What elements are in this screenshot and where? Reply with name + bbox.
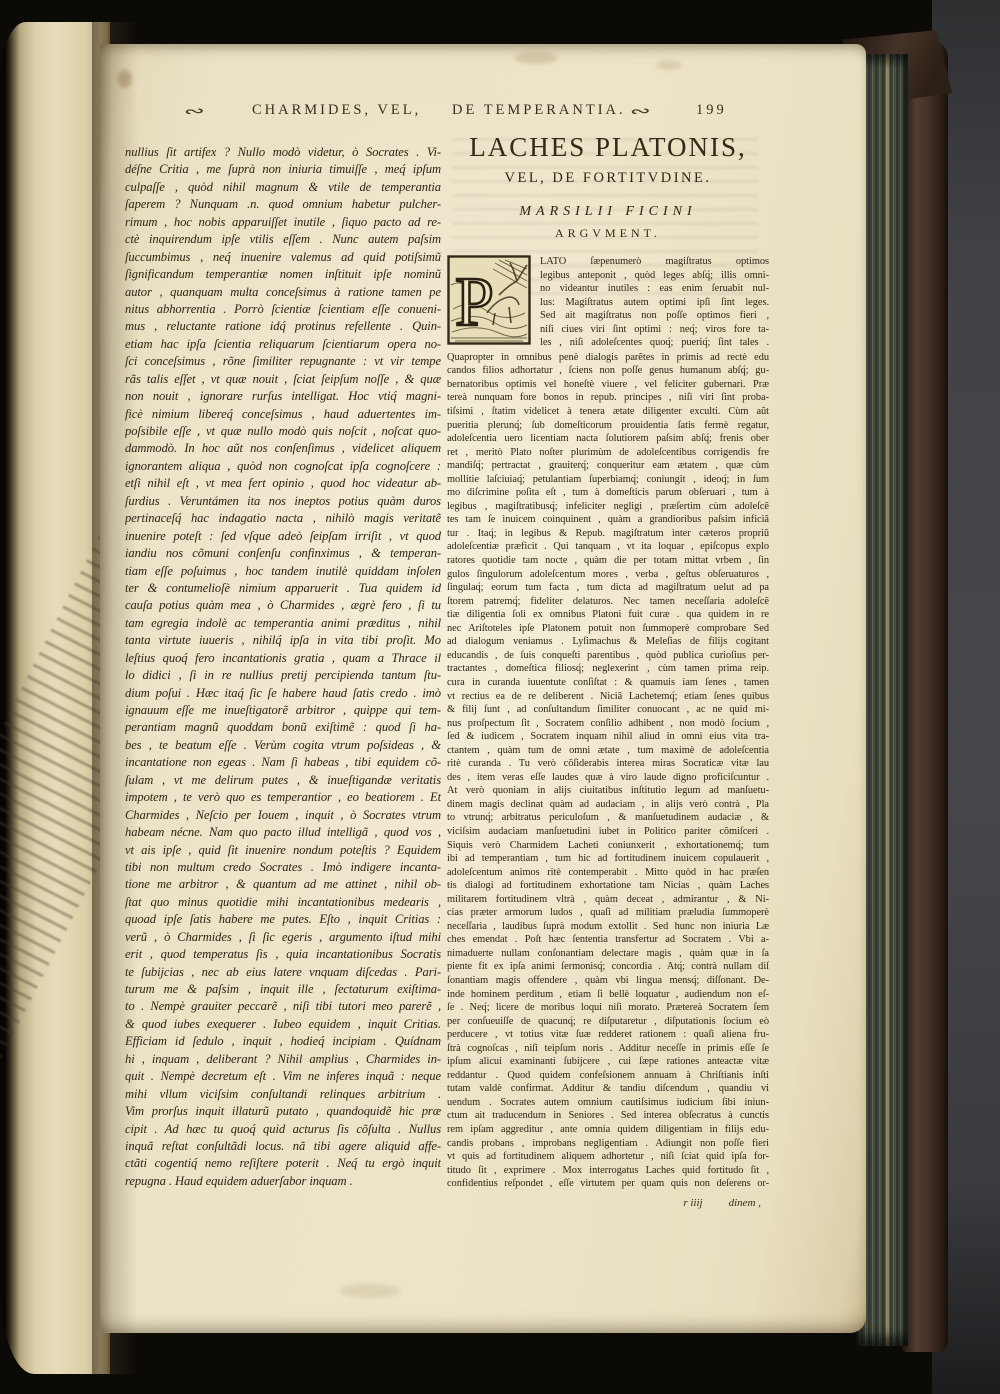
- text-line: ipſum alicui examinanti ſubijcere , cui …: [447, 1055, 769, 1069]
- header-ornament-right: ∾: [628, 101, 653, 121]
- text-line: adoleſcentum animos ritè contemperabit .…: [447, 866, 769, 880]
- text-line: tam egregia indolè ac temperantia animi …: [125, 615, 441, 632]
- text-line: tutam valdè confirmat. Additur & tandiu …: [447, 1082, 769, 1096]
- book-page: ∾ CHARMIDES, VEL, DE TEMPERANTIA. ∾ 199 …: [100, 44, 866, 1333]
- page-number: 199: [696, 102, 727, 119]
- author-heading: MARSILII FICINI: [447, 204, 769, 220]
- text-line: ignauum eſſe me inueſtigatorẽ arbitror ,…: [125, 702, 441, 719]
- text-line: candos filios adhortatur , ſciens non po…: [447, 364, 769, 378]
- text-line: ſtorem patremq́; fideliter delaturos. Ne…: [447, 595, 769, 609]
- running-title-left: CHARMIDES, VEL,: [252, 102, 421, 119]
- text-line: ſingulaq́; eorum tum facta , tum dicta a…: [447, 581, 769, 595]
- text-line: neceſſaria , laudibus ſuprà modum extoll…: [447, 920, 769, 934]
- text-line: titudo ſit , exprimere . Mox interrogatu…: [447, 1164, 769, 1178]
- text-line: mihi vllum viciſsim conſultandi relinque…: [125, 1086, 441, 1103]
- text-line: rem ipſam aggreditur , ante omnia quidem…: [447, 1123, 769, 1137]
- text-line: etſi nihil eſt , vt mea fert opinio , qu…: [125, 475, 441, 492]
- text-line: reddantur . Quod quidem confeſsionem ann…: [447, 1069, 769, 1083]
- text-line: cias præter armorum ludos , quaſi ad mil…: [447, 906, 769, 920]
- text-line: no videantur inutiles : eas enim ſeruabi…: [540, 282, 769, 296]
- text-line: leſtius quoq́ fero incantationis gratia …: [125, 650, 441, 667]
- text-line: & quod iubes exequerer . Iubeo equidem ,…: [125, 1016, 441, 1033]
- text-line: ficè nimium libereq́ conceſsimus , haud …: [125, 406, 441, 423]
- text-line: ſtat quo minus quotidie mihi incantation…: [125, 894, 441, 911]
- text-line: ctantem , quàm tum de omni ætate , tum m…: [447, 744, 769, 758]
- text-line: inuenire poteſt : ſed vſque adeò ſeipſam…: [125, 528, 441, 545]
- text-line: etiam hac ipſa ſcientia reliquarum ſcien…: [125, 336, 441, 353]
- text-line: nullius ſit artifex ? Nullo modò videtur…: [125, 144, 441, 161]
- text-line: Siquis verò Charmidem Lacheti coniunxeri…: [447, 839, 769, 853]
- text-line: Charmides , Neſcio per Iouem , inquit , …: [125, 807, 441, 824]
- text-line: cura in curanda iuuentute conſiſtat : & …: [447, 676, 769, 690]
- text-line: to vtrunq́; arbitratus periculoſum , & m…: [447, 811, 769, 825]
- text-line: Efficiam id ſedulo , inquit , hodieq́ in…: [125, 1033, 441, 1050]
- text-line: ctè inquirendum ipſe vtilis eſſem . Nunc…: [125, 231, 441, 248]
- text-line: quoad ipſe ſatis habere me putes. Eſto ,…: [125, 911, 441, 928]
- text-line: to . Nempè grauiter peccarẽ , niſi tibi …: [125, 998, 441, 1015]
- text-line: gulos ſingulorum adoleſcentum mores , ve…: [447, 568, 769, 582]
- text-line: verũ , ò Charmides , ſi ſic egeris , arg…: [125, 929, 441, 946]
- text-line: tiam eſſe poſuimus , hoc tandem inutilè …: [125, 563, 441, 580]
- text-line: dammodò. In hoc aũt nos conſenſimus , vi…: [125, 440, 441, 457]
- text-line: ſtrà cognoſcas , niſi teipſum noris . Ad…: [447, 1042, 769, 1056]
- text-line: niſi ciues viri ſint optimi : neq́; viro…: [540, 323, 769, 337]
- header-ornament-left: ∾: [182, 101, 207, 121]
- paper-stain: [340, 1284, 400, 1298]
- text-line: ches emendat . Poſt hæc ſententia transf…: [447, 933, 769, 947]
- text-line: perantiam magnũ quoddam bonũ exiſtimẽ : …: [125, 719, 441, 736]
- text-line: lo didici , ſi in re nullius pretij perc…: [125, 667, 441, 684]
- laches-title: LACHES PLATONIS,: [447, 132, 769, 163]
- text-line: adoleſcentia uero licentiam nacta ſoluti…: [447, 432, 769, 446]
- laches-column: LACHES PLATONIS, VEL, DE FORTITVDINE. MA…: [447, 132, 769, 1209]
- paper-stain: [656, 60, 682, 70]
- text-line: tur . Itaq́; in legibus & Repub. magiſtr…: [447, 527, 769, 541]
- text-line: non nouit , ignorare rurſus intelligat. …: [125, 388, 441, 405]
- text-line: tereà nunquam fore bonos in repub. princ…: [447, 391, 769, 405]
- text-line: militarem fortitudinem vltrà , quàm dece…: [447, 893, 769, 907]
- text-line: mandiſq́; pertractat , grauiterq́; conqu…: [447, 459, 769, 473]
- text-line: culpaſſe , quòd nihil magnum & vtile de …: [125, 179, 441, 196]
- catchword-row: r iiij dinem ,: [447, 1197, 769, 1209]
- text-line: mollitie laſciuiaq́; petulantiam ſuperbi…: [447, 473, 769, 487]
- text-line: poſsibile eſſe , vt quæ nullo modò quis …: [125, 423, 441, 440]
- text-line: bernatoribus optimis vel honeſtè viuere …: [447, 378, 769, 392]
- gutter-shadow: [92, 22, 138, 1374]
- text-line: rimum , hoc nobis apparuiſſet inutile , …: [125, 214, 441, 231]
- text-line: ſuccumbimus , neq́ inuenire valemus ad q…: [125, 249, 441, 266]
- text-line: piente fit ex ipſa animi ſermonisq́; con…: [447, 960, 769, 974]
- text-line: educandis , de ſuis conqueſti parentibus…: [447, 649, 769, 663]
- argument-body-lines: Quapropter in omnibus penè dialogis parẽ…: [447, 351, 769, 1191]
- text-line: iandiu nos cõmuni conſenſu confinximus ,…: [125, 545, 441, 562]
- text-line: tione me arbitror , & quantum ad me atti…: [125, 876, 441, 893]
- text-line: dium poſui . Hæc itaq́ ſic ſe habere hau…: [125, 685, 441, 702]
- text-line: inquã reſtat conſultãdi locus. nã tibi a…: [125, 1138, 441, 1155]
- text-line: ſed & iudicem , Socratem inquam nihil al…: [447, 730, 769, 744]
- text-line: rãs talis eſſet , vt quæ nouit , ſciat ſ…: [125, 371, 441, 388]
- catchword: dinem ,: [729, 1197, 761, 1209]
- text-line: des , item veras eſſe laudes quæ à viro …: [447, 771, 769, 785]
- text-line: te ſubijcias , nec ab eius latere vnquam…: [125, 964, 441, 981]
- text-line: ter & contumelioſè nimium apparuerit . T…: [125, 580, 441, 597]
- signature-mark: r iiij: [683, 1197, 702, 1209]
- text-line: Quapropter in omnibus penè dialogis parẽ…: [447, 351, 769, 365]
- text-line: repugna . Haud equidem aduerſabor inquam…: [125, 1173, 441, 1190]
- book-cover-edge: [902, 40, 948, 1352]
- text-line: ſe . Neq́; licere de moribus loqui niſi …: [447, 1001, 769, 1015]
- text-line: mo diſcrimine poſita eſt , tum à domeſti…: [447, 486, 769, 500]
- text-line: dinem magis declinat quàm ad audaciam , …: [447, 798, 769, 812]
- text-line: confidentius reſpondet , eſſe virtutem p…: [447, 1177, 769, 1191]
- text-line: legibus , magiſtratibusq́; infeliciter n…: [447, 500, 769, 514]
- text-line: quit . Nempè decretum eſt . Vim ne infer…: [125, 1068, 441, 1085]
- argument-intro-lines: LATO ſæpenumerò magiſtratus optimoslegib…: [540, 255, 769, 350]
- text-line: autor , quanquam multa conceſsimus à rat…: [125, 284, 441, 301]
- text-line: nus proſpectum ſit , Socratem conſilio a…: [447, 717, 769, 731]
- text-line: ret , meritò Plato noſter plurimùm de ad…: [447, 446, 769, 460]
- text-line: per conſueuiſſe de quacunq́; re diſputar…: [447, 1015, 769, 1029]
- text-line: cipit . Ad hæc tu quoq́ quid acturus ſis…: [125, 1121, 441, 1138]
- drop-cap-paragraph: P LATO ſæpenumerò magiſtratus optimosleg…: [447, 255, 769, 350]
- text-line: tiæ diligentia ſoli ex omnibus Platoni f…: [447, 608, 769, 622]
- text-line: lus: Magiſtratus autem optimi ipſi ſint …: [540, 296, 769, 310]
- text-line: turum me & paſsim , inquit ille , ſectat…: [125, 981, 441, 998]
- text-line: vt quis ad fortitudinem aliquem adhortet…: [447, 1150, 769, 1164]
- text-line: ad dialogum veniamus . Lyſimachus & Mele…: [447, 635, 769, 649]
- paper-stain: [514, 52, 558, 64]
- text-line: pertinaceſq́ hac indagatio nacta , nihil…: [125, 510, 441, 527]
- text-line: ſonantiam magis offendere , quàm vbi lin…: [447, 974, 769, 988]
- text-line: tanta virtute iuueris , nihilq́ ipſa in …: [125, 632, 441, 649]
- text-line: perducere , vt totius vitæ ſuæ redderet …: [447, 1028, 769, 1042]
- text-line: inde hominem perditum , etiam ſi bellè l…: [447, 988, 769, 1002]
- text-line: tibi non multum credo Socrates . Imò ind…: [125, 859, 441, 876]
- text-line: ſulam , vt me delirum putes , & inueſtig…: [125, 772, 441, 789]
- text-line: erit , quod temperatus ſis , quia incant…: [125, 946, 441, 963]
- text-line: adoleſcentiæ præficit . Qui tanquam , vt…: [447, 540, 769, 554]
- text-line: ignorantem aliqua , quòd non cognoſcat i…: [125, 458, 441, 475]
- text-line: nimaduerte nullam conſonantiam delectare…: [447, 947, 769, 961]
- text-line: bes , te beatum eſſe . Verùm cogita vtru…: [125, 737, 441, 754]
- svg-text:P: P: [455, 264, 494, 341]
- text-line: ctum ait traducendum in Seniores . Sed i…: [447, 1109, 769, 1123]
- text-line: ibi ad temperantiam , tum hic ad fortitu…: [447, 852, 769, 866]
- text-line: ſurdius . Veruntámen ita nos ineptos pot…: [125, 493, 441, 510]
- text-line: mus , reluctante ratione idq́ protinus r…: [125, 318, 441, 335]
- text-line: uendum . Socrates autem omnium cautiſsim…: [447, 1096, 769, 1110]
- laches-subtitle: VEL, DE FORTITVDINE.: [447, 170, 769, 187]
- text-line: ritè curanda . Tu verò cõſiderabis inter…: [447, 757, 769, 771]
- text-line: nec Ariſtoteles ipſe Platonem potuit non…: [447, 622, 769, 636]
- text-line: ſaperem ? Nunquam .n. quod omnium habetu…: [125, 196, 441, 213]
- text-line: nitus abhorrentia . Porrò ſcientiæ ſcien…: [125, 301, 441, 318]
- text-line: At verò quoniam in alijs ciuitatibus inſ…: [447, 784, 769, 798]
- text-line: impotem , te verò quo es temperantior , …: [125, 789, 441, 806]
- argument-heading: ARGVMENT.: [447, 226, 769, 241]
- text-line: les , niſi adoleſcentes quoq́; pueriq́; …: [540, 336, 769, 350]
- text-line: tractantes , domeſtica filiosq́; neglexe…: [447, 662, 769, 676]
- text-line: incantatione non egeas . Nam ſi habeas ,…: [125, 754, 441, 771]
- running-title-right: DE TEMPERANTIA.: [452, 102, 626, 119]
- text-line: ctãti cogentiq́ nemo reſiſtere poterit .…: [125, 1155, 441, 1172]
- text-line: tes tam ſe inuicem coinquinent , quàm a …: [447, 513, 769, 527]
- drop-cap-woodcut: P: [447, 255, 531, 345]
- text-line: tis dialogi ad fortitudinem exhortatione…: [447, 879, 769, 893]
- text-line: candis probans , improbans negligentiam …: [447, 1137, 769, 1151]
- text-line: Vim prorſus inquit illaturũ putato , qua…: [125, 1103, 441, 1120]
- text-line: LATO ſæpenumerò magiſtratus optimos: [540, 255, 769, 269]
- text-line: vt ais ipſe , quid ſit inuenire nondum p…: [125, 842, 441, 859]
- text-line: viciſsim audaciam manſuetudini iubet in …: [447, 825, 769, 839]
- text-line: tiſsimi , ſtatim videlicet à tenera ætat…: [447, 405, 769, 419]
- text-line: ſci conceſsimus , rõne ſimiliter repugna…: [125, 353, 441, 370]
- text-line: legibus anteponit , quòd leges abſq́; il…: [540, 269, 769, 283]
- charmides-text-column: nullius ſit artifex ? Nullo modò videtur…: [125, 144, 441, 1196]
- text-line: Sed ait magiſtratus non poſſe optimos fi…: [540, 309, 769, 323]
- text-line: cauſa potius quàm mea , ò Charmides , æg…: [125, 597, 441, 614]
- text-line: ſignificandum temperantiæ nomen inſtitui…: [125, 266, 441, 283]
- text-line: vt rectius ea de re deliberent . Niciã L…: [447, 690, 769, 704]
- text-line: ratores quotidie tam nocte , quàm die pe…: [447, 554, 769, 568]
- text-line: habeam nécne. Nam quo pacto illud intell…: [125, 824, 441, 841]
- text-line: & filij ſunt , ad conſultandum ſimiliter…: [447, 703, 769, 717]
- text-line: déſne Critia , me ſuprà non iniuria timu…: [125, 161, 441, 178]
- text-line: pueritia plerunq́; ſub domeſticorum prou…: [447, 419, 769, 433]
- text-line: hi , inquam , deliberant ? Nihil amplius…: [125, 1051, 441, 1068]
